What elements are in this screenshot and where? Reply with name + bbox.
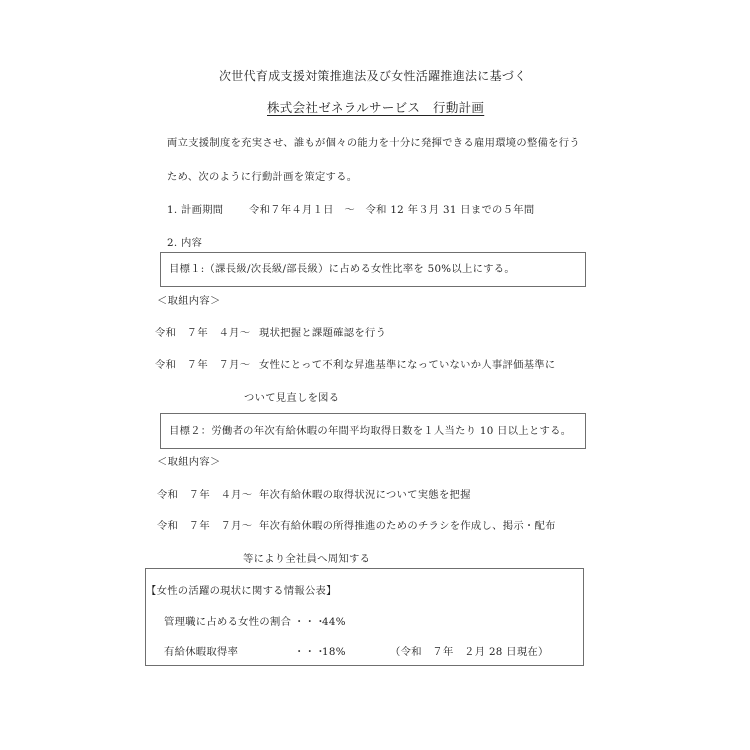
disclosure-row-1-label: 管理職に占める女性の割合 <box>164 615 291 629</box>
section-1-label: 1. 計画期間 <box>167 203 223 217</box>
goal-1-actions-heading: ＜取組内容＞ <box>157 294 221 308</box>
document-subtitle: 株式会社ゼネラルサービス 行動計画 <box>267 101 484 115</box>
document-title: 次世代育成支援対策推進法及び女性活躍推進法に基づく <box>219 69 527 83</box>
goal-2-action-1-text: 年次有給休暇の取得状況について実態を把握 <box>259 488 471 502</box>
disclosure-heading: 【女性の活躍の現状に関する情報公表】 <box>146 584 337 598</box>
disclosure-as-of-date: （令和 ７年 ２月 28 日現在） <box>390 645 549 659</box>
goal-2-text: 目標２：労働者の年次有給休暇の年間平均取得日数を１人当たり 10 日以上とする。 <box>169 424 571 438</box>
disclosure-row-2-label: 有給休暇取得率 <box>164 645 238 659</box>
goal-2-action-1-date: 令和 ７年 ４月～ <box>157 488 252 502</box>
plan-period: 令和７年４月１日 ～ 令和 12 年３月 31 日までの５年間 <box>249 203 534 217</box>
goal-2-action-2-text: 年次有給休暇の所得推進のためのチラシを作成し、掲示・配布 <box>259 519 556 533</box>
intro-line-1: 両立支援制度を充実させ、誰もが個々の能力を十分に発揮できる雇用環境の整備を行う <box>167 136 580 150</box>
goal-1-action-2-text: 女性にとって不利な昇進基準になっていないか人事評価基準に <box>259 358 556 372</box>
goal-1-action-2-date: 令和 ７年 ７月～ <box>155 358 250 372</box>
section-2-label: 2. 内容 <box>167 236 202 250</box>
goal-2-action-2-date: 令和 ７年 ７月～ <box>157 519 252 533</box>
goal-2-actions-heading: ＜取組内容＞ <box>157 455 221 469</box>
disclosure-row-1-value: 44% <box>322 615 346 629</box>
goal-1-action-2-cont: ついて見直しを図る <box>244 391 339 405</box>
disclosure-row-2-value: 18% <box>322 645 346 659</box>
goal-1-action-1-text: 現状把握と課題確認を行う <box>259 326 386 340</box>
goal-1-action-1-date: 令和 ７年 ４月～ <box>155 326 250 340</box>
intro-line-2: ため、次のように行動計画を策定する。 <box>167 170 357 184</box>
goal-2-action-2-cont: 等により全社員へ周知する <box>243 552 370 566</box>
goal-1-text: 目標１:（課長級/次長級/部長級）に占める女性比率を 50%以上にする。 <box>169 262 515 276</box>
